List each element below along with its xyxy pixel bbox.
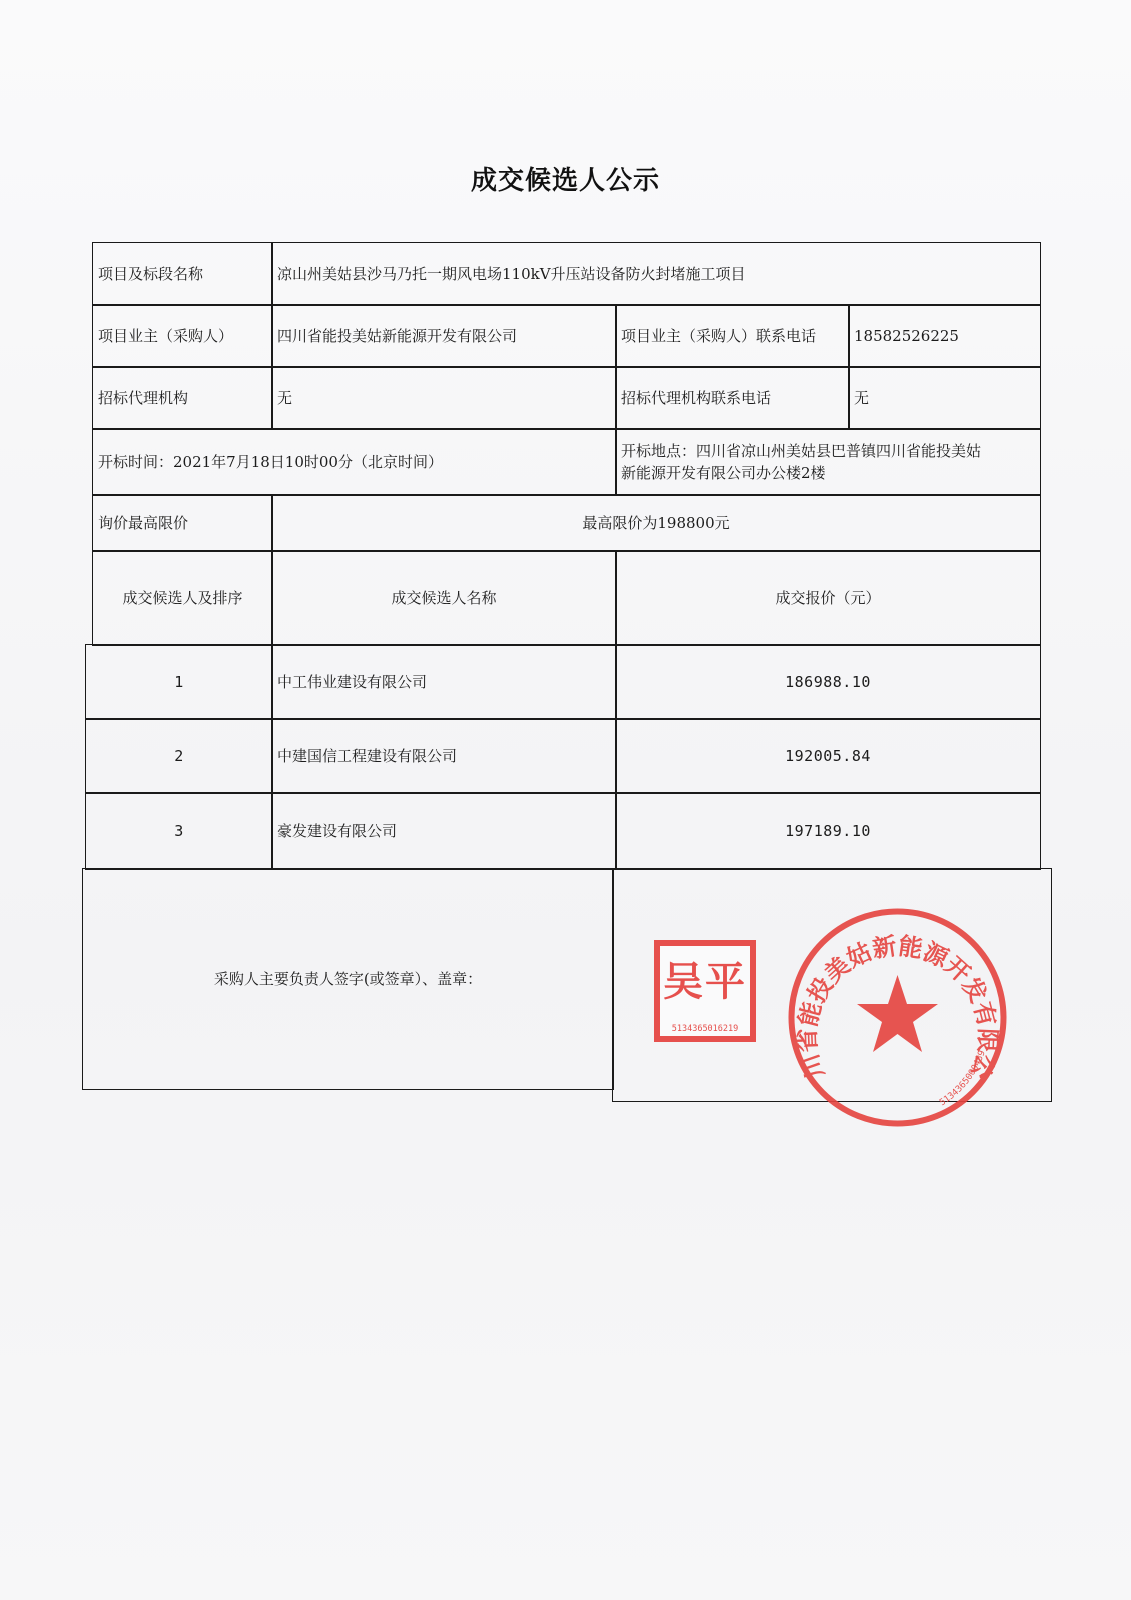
project-name-label-text: 项目及标段名称: [98, 263, 203, 285]
agency-label-text: 招标代理机构: [98, 387, 188, 409]
agency-phone-label: 招标代理机构联系电话: [615, 366, 850, 430]
candidate-rank: 2: [85, 718, 273, 794]
owner-phone-value-text: 18582526225: [854, 325, 959, 347]
personal-seal: 吴平 5134365016219: [654, 940, 756, 1042]
max-price-label: 询价最高限价: [92, 494, 273, 552]
owner-label: 项目业主（采购人）: [92, 304, 273, 368]
personal-seal-code: 5134365016219: [660, 1024, 750, 1034]
candidate-price: 192005.84: [615, 718, 1041, 794]
owner-phone-label: 项目业主（采购人）联系电话: [615, 304, 850, 368]
candidate-name-text: 中建国信工程建设有限公司: [277, 745, 457, 767]
header-rank-text: 成交候选人及排序: [122, 587, 242, 609]
owner-phone-value: 18582526225: [848, 304, 1041, 368]
bid-time-text: 开标时间：2021年7月18日10时00分（北京时间）: [98, 451, 443, 473]
bid-location-line2: 新能源开发有限公司办公楼2楼: [621, 462, 826, 484]
company-seal-icon: 四川省能投美姑新能源开发有限公司 5134365000459: [785, 905, 1010, 1130]
project-name-label: 项目及标段名称: [92, 242, 273, 306]
candidate-rank: 1: [85, 644, 273, 720]
candidate-name-text: 中工伟业建设有限公司: [277, 671, 427, 693]
header-rank: 成交候选人及排序: [92, 550, 273, 646]
candidate-price-text: 197189.10: [785, 820, 871, 842]
project-name-value-text: 凉山州美姑县沙马乃托一期风电场110kV升压站设备防火封堵施工项目: [277, 263, 746, 285]
candidate-price-text: 192005.84: [785, 745, 871, 767]
owner-value-text: 四川省能投美姑新能源开发有限公司: [277, 325, 517, 347]
bid-location: 开标地点：四川省凉山州美姑县巴普镇四川省能投美姑 新能源开发有限公司办公楼2楼: [615, 428, 1041, 496]
header-price-text: 成交报价（元）: [775, 587, 880, 609]
agency-value-text: 无: [277, 387, 292, 409]
max-price-value: 最高限价为198800元: [271, 494, 1041, 552]
document-page: 成交候选人公示 项目及标段名称 凉山州美姑县沙马乃托一期风电场110kV升压站设…: [0, 0, 1131, 1600]
candidate-name: 中建国信工程建设有限公司: [271, 718, 617, 794]
candidate-name-text: 豪发建设有限公司: [277, 820, 397, 842]
owner-value: 四川省能投美姑新能源开发有限公司: [271, 304, 617, 368]
bid-location-line1: 开标地点：四川省凉山州美姑县巴普镇四川省能投美姑: [621, 440, 981, 462]
candidate-rank: 3: [85, 792, 273, 870]
agency-phone-label-text: 招标代理机构联系电话: [621, 387, 771, 409]
candidate-name: 豪发建设有限公司: [271, 792, 617, 870]
owner-phone-label-text: 项目业主（采购人）联系电话: [621, 325, 816, 347]
signature-label-text: 采购人主要负责人签字(或签章）、盖章：: [214, 968, 482, 990]
candidate-price: 197189.10: [615, 792, 1041, 870]
signature-label-cell: 采购人主要负责人签字(或签章）、盖章：: [82, 868, 614, 1090]
bid-time: 开标时间：2021年7月18日10时00分（北京时间）: [92, 428, 617, 496]
candidate-name: 中工伟业建设有限公司: [271, 644, 617, 720]
agency-phone-value-text: 无: [854, 387, 869, 409]
agency-label: 招标代理机构: [92, 366, 273, 430]
document-title: 成交候选人公示: [0, 160, 1131, 197]
agency-phone-value: 无: [848, 366, 1041, 430]
header-price: 成交报价（元）: [615, 550, 1041, 646]
candidate-price: 186988.10: [615, 644, 1041, 720]
owner-label-text: 项目业主（采购人）: [98, 325, 233, 347]
personal-seal-name: 吴平: [660, 950, 750, 1007]
max-price-value-text: 最高限价为198800元: [582, 512, 729, 534]
candidate-rank-text: 3: [174, 820, 184, 842]
header-name-text: 成交候选人名称: [391, 587, 496, 609]
project-name-value: 凉山州美姑县沙马乃托一期风电场110kV升压站设备防火封堵施工项目: [271, 242, 1041, 306]
agency-value: 无: [271, 366, 617, 430]
candidate-price-text: 186988.10: [785, 671, 871, 693]
max-price-label-text: 询价最高限价: [98, 512, 188, 534]
candidate-rank-text: 2: [174, 745, 184, 767]
candidate-rank-text: 1: [174, 671, 184, 693]
header-name: 成交候选人名称: [271, 550, 617, 646]
